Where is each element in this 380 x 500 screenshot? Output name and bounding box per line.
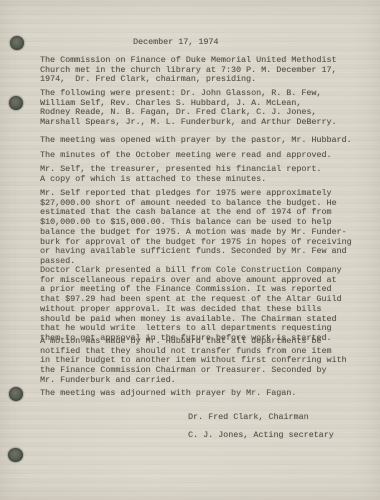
document-date: December 17, 1974 — [133, 38, 273, 48]
paragraph-attendees: The following were present: Dr. John Gla… — [40, 89, 360, 128]
hole-punch — [9, 96, 23, 110]
paragraph-adjournment: The meeting was adjourned with prayer by… — [40, 389, 360, 399]
hole-punch — [8, 448, 23, 462]
paragraph-minutes-approved: The minutes of the October meeting were … — [40, 151, 360, 161]
paragraph-treasurer-report: Mr. Self, the treasurer, presented his f… — [40, 165, 360, 184]
signature-secretary: C. J. Jones, Acting secretary — [188, 431, 368, 441]
paragraph-opening: The Commission on Finance of Duke Memori… — [40, 56, 360, 85]
paragraph-prayer: The meeting was opened with prayer by th… — [40, 136, 360, 146]
paragraph-construction-bill: Doctor Clark presented a bill from Cole … — [40, 266, 360, 344]
hole-punch — [10, 36, 24, 50]
signature-chairman: Dr. Fred Clark, Chairman — [188, 413, 358, 423]
hole-punch — [9, 387, 23, 401]
paragraph-transfer-motion: A motion was made by Mr. Hubbard that al… — [40, 337, 360, 386]
paragraph-budget: Mr. Self reported that pledges for 1975 … — [40, 189, 360, 267]
